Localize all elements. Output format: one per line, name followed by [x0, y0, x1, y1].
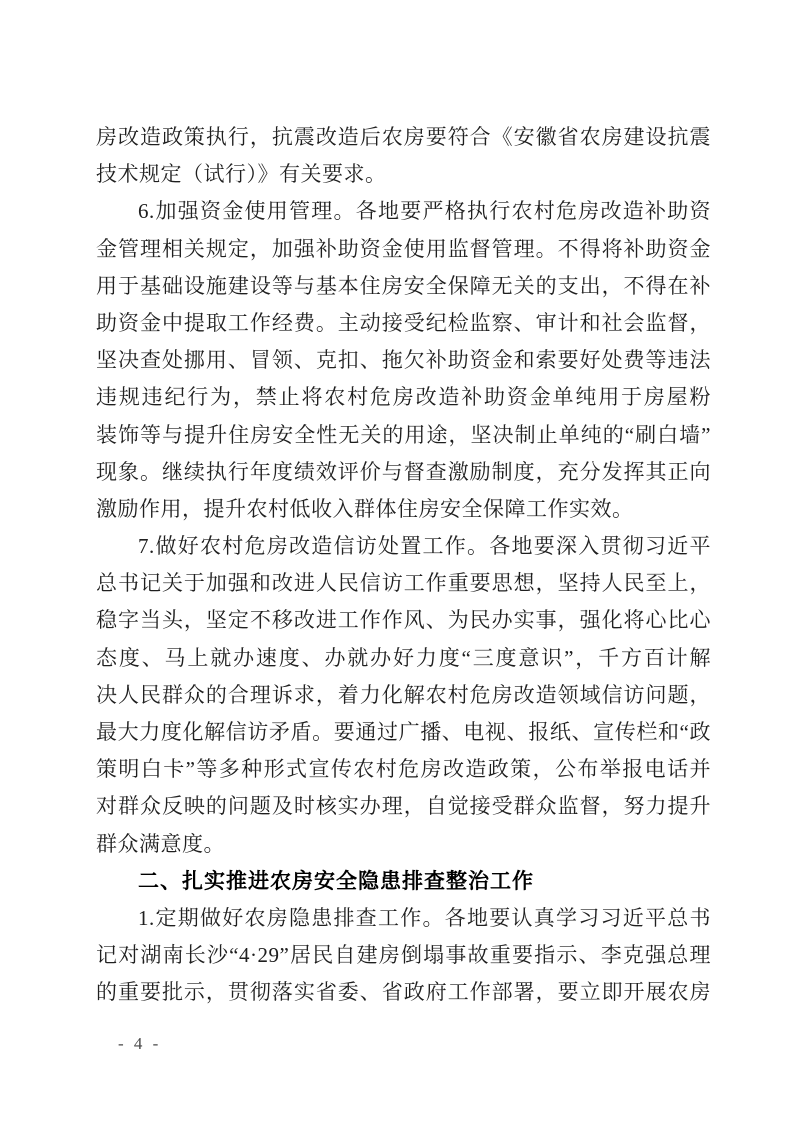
- text-line: 的重要批示，贯彻落实省委、省政府工作部署，要立即开展农房: [96, 974, 711, 1011]
- text-line: 坚决查处挪用、冒领、克扣、拖欠补助资金和索要好处费等违法: [96, 342, 711, 379]
- text-line: 态度、马上就办速度、办就办好力度“三度意识”，千方百计解: [96, 640, 711, 677]
- document-page: 房改造政策执行，抗震改造后农房要符合《安徽省农房建设抗震技术规定（试行）》有关要…: [0, 0, 793, 1122]
- text-line: 记对湖南长沙“4·29”居民自建房倒塌事故重要指示、李克强总理: [96, 937, 711, 974]
- text-line: 激励作用，提升农村低收入群体住房安全保障工作实效。: [96, 491, 711, 528]
- text-line: 房改造政策执行，抗震改造后农房要符合《安徽省农房建设抗震: [96, 119, 711, 156]
- text-line: 用于基础设施建设等与基本住房安全保障无关的支出，不得在补: [96, 268, 711, 305]
- text-line: 1.定期做好农房隐患排查工作。各地要认真学习习近平总书: [96, 900, 711, 937]
- text-line: 对群众反映的问题及时核实办理，自觉接受群众监督，努力提升: [96, 788, 711, 825]
- text-line: 决人民群众的合理诉求，着力化解农村危房改造领域信访问题，: [96, 677, 711, 714]
- text-line: 技术规定（试行）》有关要求。: [96, 156, 711, 193]
- text-line: 现象。继续执行年度绩效评价与督查激励制度，充分发挥其正向: [96, 454, 711, 491]
- text-line: 策明白卡”等多种形式宣传农村危房改造政策，公布举报电话并: [96, 751, 711, 788]
- text-line: 总书记关于加强和改进人民信访工作重要思想，坚持人民至上，: [96, 565, 711, 602]
- document-body: 房改造政策执行，抗震改造后农房要符合《安徽省农房建设抗震技术规定（试行）》有关要…: [96, 119, 711, 1012]
- text-line: 助资金中提取工作经费。主动接受纪检监察、审计和社会监督，: [96, 305, 711, 342]
- section-heading: 二、扎实推进农房安全隐患排查整治工作: [96, 863, 711, 900]
- text-line: 7.做好农村危房改造信访处置工作。各地要深入贯彻习近平: [96, 528, 711, 565]
- text-line: 金管理相关规定，加强补助资金使用监督管理。不得将补助资金: [96, 231, 711, 268]
- text-line: 6.加强资金使用管理。各地要严格执行农村危房改造补助资: [96, 193, 711, 230]
- text-line: 最大力度化解信访矛盾。要通过广播、电视、报纸、宣传栏和“政: [96, 714, 711, 751]
- text-line: 违规违纪行为，禁止将农村危房改造补助资金单纯用于房屋粉刷、: [96, 379, 711, 416]
- text-line: 群众满意度。: [96, 826, 711, 863]
- text-line: 装饰等与提升住房安全性无关的用途，坚决制止单纯的“刷白墙”: [96, 417, 711, 454]
- text-line: 稳字当头，坚定不移改进工作作风、为民办实事，强化将心比心: [96, 602, 711, 639]
- page-number: - 4 -: [118, 1034, 161, 1054]
